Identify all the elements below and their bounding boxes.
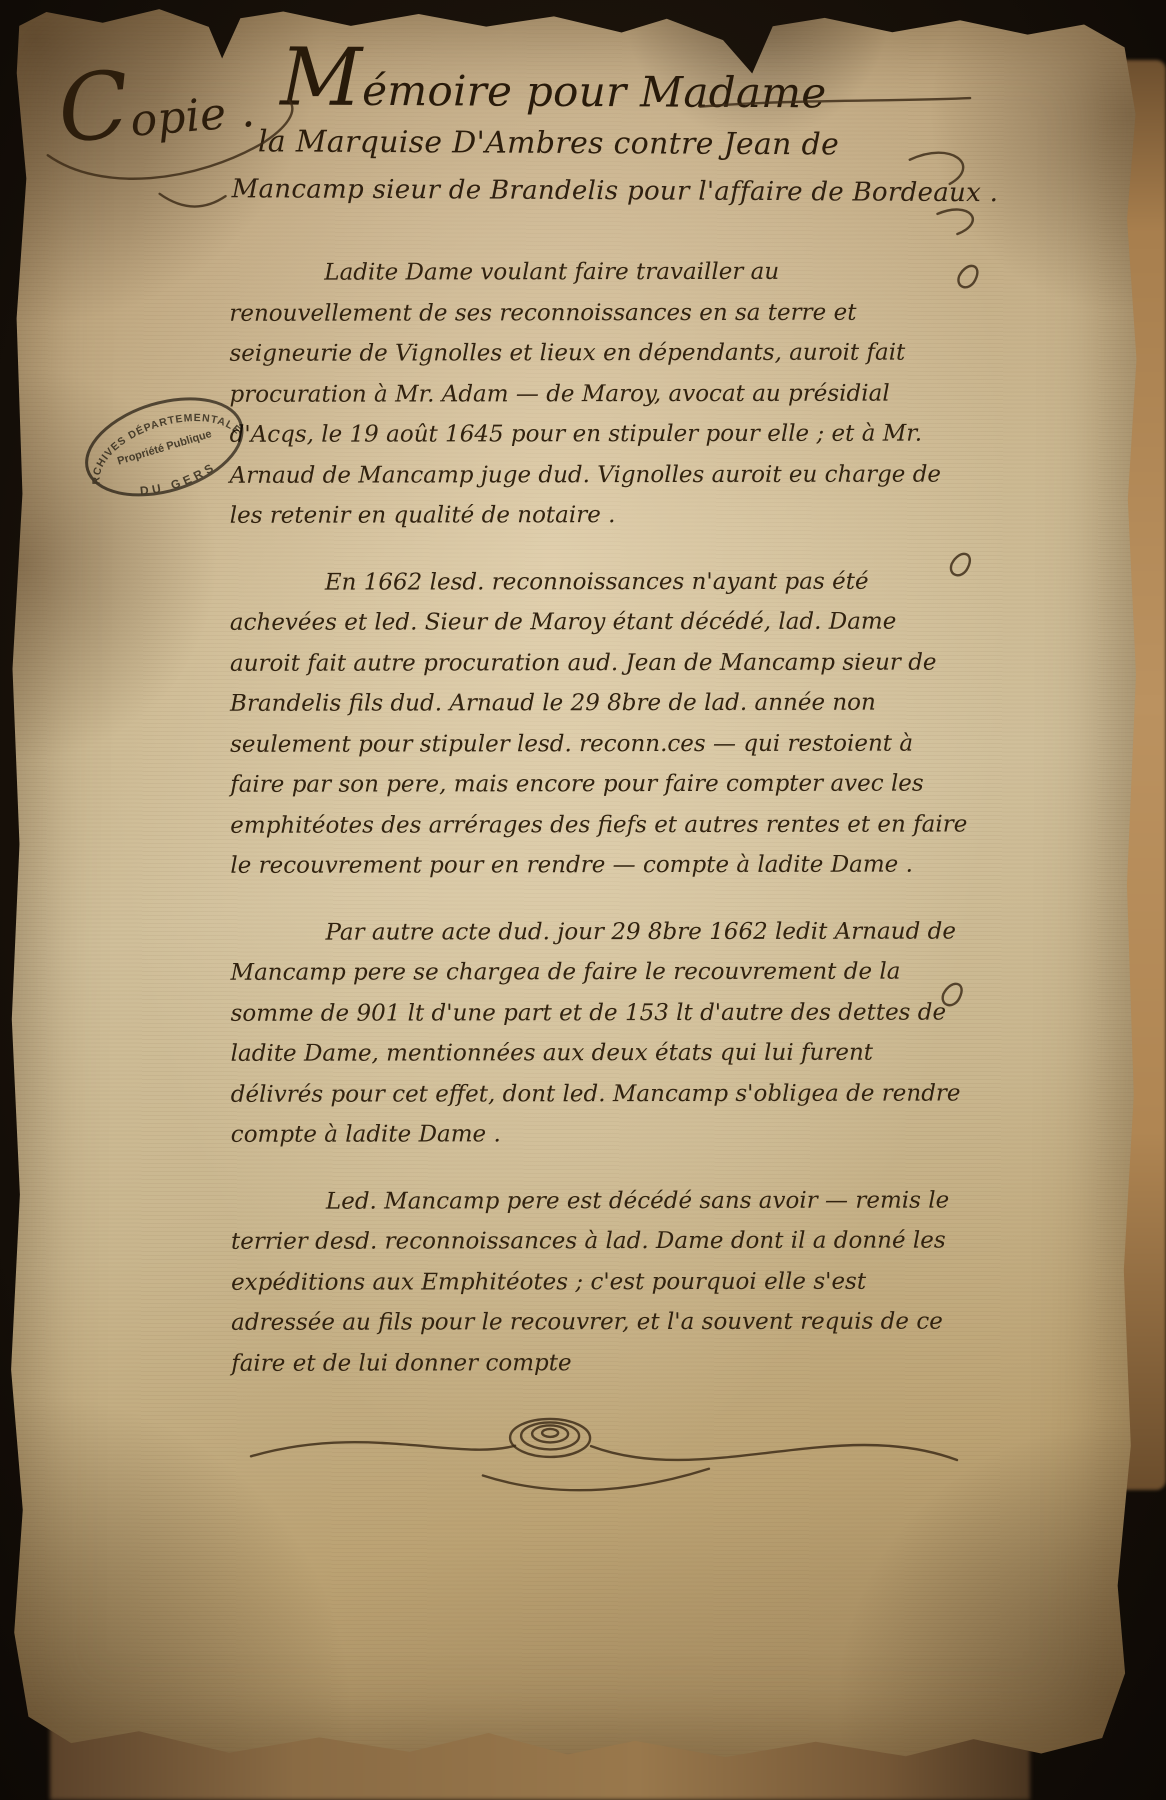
svg-text:DU GERS: DU GERS (136, 458, 222, 502)
svg-text:ARCHIVES DÉPARTEMENTALES: ARCHIVES DÉPARTEMENTALES (64, 369, 247, 491)
paragraph-2: En 1662 lesd. reconnoissances n'ayant pa… (230, 561, 969, 886)
page-subtitle-line2: Mancamp sieur de Brandelis pour l'affair… (232, 174, 999, 208)
manuscript-body: Ladite Dame voulant faire travailler au … (229, 251, 969, 1409)
subtitle2-swash (937, 209, 972, 234)
stamp-arc-top-label: ARCHIVES DÉPARTEMENTALES (64, 369, 247, 491)
paragraph-1: Ladite Dame voulant faire travailler au … (229, 251, 967, 536)
closing-coil-outer (510, 1419, 590, 1457)
page-title: Mémoire pour Madame (280, 30, 827, 126)
closing-coil-inner (532, 1425, 568, 1442)
paragraph-3: Par autre acte dud. jour 29 8bre 1662 le… (230, 911, 968, 1155)
stamp-arc-bottom-label: DU GERS (136, 458, 222, 502)
page-subtitle-line1: la Marquise D'Ambres contre Jean de (258, 124, 839, 162)
paragraph-4: Led. Mancamp pere est décédé sans avoir … (231, 1180, 969, 1384)
closing-coil-mid (521, 1422, 579, 1449)
closing-underline (483, 1468, 709, 1491)
closing-coil-core (542, 1429, 558, 1437)
closing-sweep-right (591, 1444, 957, 1462)
copy-annotation: Copie . (54, 40, 258, 164)
copie-bracket (160, 194, 226, 207)
photograph-frame: Copie . Mémoire pour Madame la Marquise … (0, 0, 1166, 1800)
closing-sweep-left (251, 1442, 515, 1458)
manuscript-page: Copie . Mémoire pour Madame la Marquise … (3, 3, 1140, 1761)
